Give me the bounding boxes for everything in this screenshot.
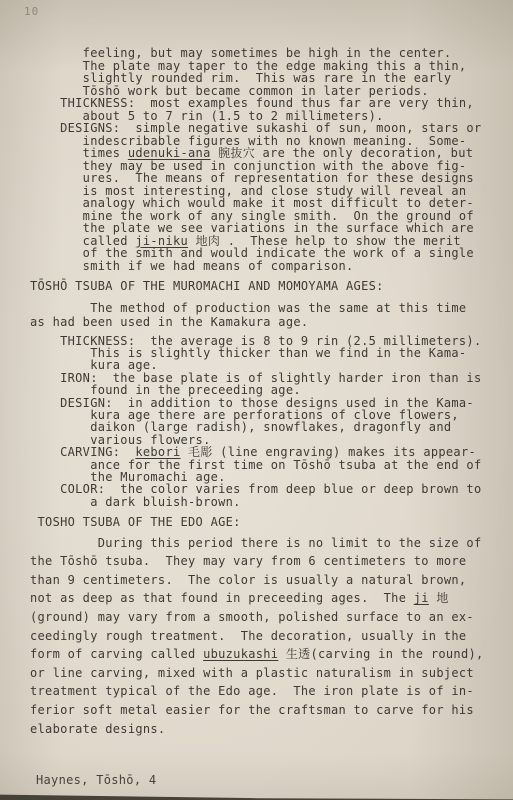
text-line: ferior soft metal easier for the craftsm… — [30, 701, 500, 720]
text-line: a dark bluish-brown. — [30, 496, 500, 508]
text-line: TOSHO TSUBA OF THE EDO AGE: — [30, 516, 500, 529]
text-line: form of carving called ubuzukashi 生透(car… — [30, 645, 500, 664]
underlined-term: ji — [414, 591, 429, 605]
text-line: than 9 centimeters. The color is usually… — [30, 571, 500, 590]
muromachi-intro-paragraph: The method of production was the same at… — [30, 301, 500, 329]
text-line: not as deep as that found in preceeding … — [30, 589, 500, 608]
muromachi-attribute-list: THICKNESS: the average is 8 to 9 rin (2.… — [30, 335, 500, 509]
text-line: (ground) may vary from a smooth, polishe… — [30, 608, 500, 627]
text-line: The method of production was the same at… — [30, 301, 500, 315]
text-line: During this period there is no limit to … — [30, 534, 500, 553]
text-line: smith if we had means of comparison. — [30, 260, 500, 273]
text-line: as had been used in the Kamakura age. — [30, 315, 500, 329]
footer-citation: Haynes, Tōshō, 4 — [36, 773, 156, 787]
document-text: feeling, but may sometimes be high in th… — [30, 47, 500, 738]
text-line: ceedingly rough treatment. The decoratio… — [30, 627, 500, 646]
text-line: treatment typical of the Edo age. The ir… — [30, 682, 500, 701]
heading-edo-age: TOSHO TSUBA OF THE EDO AGE: — [30, 516, 500, 529]
edo-age-paragraph: During this period there is no limit to … — [30, 534, 500, 739]
text-line: TŌSHŌ TSUBA OF THE MUROMACHI AND MOMOYAM… — [30, 280, 500, 293]
heading-muromachi-momoyama: TŌSHŌ TSUBA OF THE MUROMACHI AND MOMOYAM… — [30, 280, 500, 293]
scan-paper-edge — [0, 791, 513, 800]
text-line: or line carving, mixed with a plastic na… — [30, 664, 500, 683]
underlined-term: ubuzukashi — [203, 647, 278, 661]
continued-tosho-kamakura-section: feeling, but may sometimes be high in th… — [30, 47, 500, 272]
scanned-typewritten-page: { "page": { "number": "10", "footer": "H… — [0, 0, 513, 800]
text-line: elaborate designs. — [30, 720, 500, 739]
text-line: the Tōshō tsuba. They may vary from 6 ce… — [30, 552, 500, 571]
page-number: 10 — [24, 5, 39, 18]
